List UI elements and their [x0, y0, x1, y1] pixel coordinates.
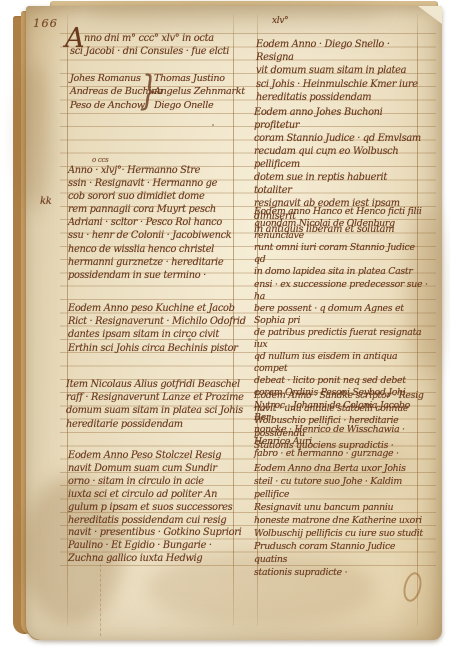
stain	[86, 0, 386, 26]
stain	[18, 61, 52, 211]
ink-speck	[212, 124, 214, 126]
sandke-entry: Eodem Anno · Sandke scriptor · Resig nav…	[254, 390, 428, 453]
berta-entry: Eodem Anno dna Berta uxor Johis steil · …	[254, 462, 428, 579]
nicolaus-entry: Item Nicolaus Alius gotfridi Beaschel ra…	[66, 378, 246, 431]
interlinear-note: o ccs	[92, 156, 108, 164]
column-heading-xlv: xlv°	[272, 16, 288, 26]
consul-names-right: Thomas Justino Angelus Zehnmarkt Diego O…	[154, 72, 245, 112]
annal-1346-entry: Anno · xlvj°· Hermanno Stre ssin · Resig…	[68, 164, 248, 282]
page-corner-fold	[418, 6, 442, 24]
annal-1345-entry: nno dni m° ccc° xlv° in octa sci Jacobi …	[70, 32, 242, 58]
ink-speck	[326, 154, 328, 156]
kuchine-entry: Eodem Anno peso Kuchine et Jacob Rict · …	[68, 302, 248, 355]
ruling-crease	[100, 564, 101, 636]
ink-speck	[188, 338, 191, 341]
margin-note-kk: kk	[40, 196, 52, 207]
stolczel-entry: Eodem Anno Peso Stolczel Resig navit Dom…	[68, 450, 248, 566]
snello-entry: Eodem Anno · Diego Snello · Resigna vit …	[256, 38, 424, 104]
folio-number: 166	[33, 16, 58, 30]
manuscript-photo: 166 A nno dni m° ccc° xlv° in octa sci J…	[0, 0, 450, 652]
parchment-page: 166 A nno dni m° ccc° xlv° in octa sci J…	[26, 6, 442, 640]
